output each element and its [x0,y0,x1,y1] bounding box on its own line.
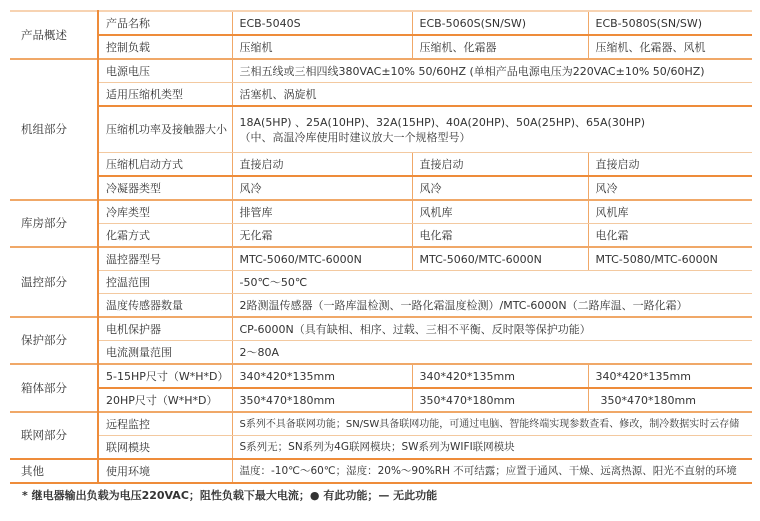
section-title-temp-control: 温控部分 [10,247,98,317]
cell-value: 2路测温传感器（一路库温检测、一路化霜温度检测）/MTC-6000N（二路库温、… [232,294,752,318]
cell-value: 电化霜 [412,224,588,248]
cell-value: S系列无；SN系列为4G联网模块；SW系列为WIFI联网模块 [232,436,752,460]
cell-value: 2～80A [232,341,752,365]
section-title-protection: 保护部分 [10,317,98,364]
footnote: * 继电器输出负载为电压220VAC；阻性负载下最大电流；● 有此功能；— 无此… [22,487,437,503]
table-row: 温度传感器数量 2路测温传感器（一路库温检测、一路化霜温度检测）/MTC-600… [10,294,752,318]
section-title-other: 其他 [10,459,98,483]
table-row: 20HP尺寸（W*H*D） 350*470*180mm 350*470*180m… [10,388,752,412]
table-row: 化霜方式 无化霜 电化霜 电化霜 [10,224,752,248]
cell-value: 排管库 [232,200,412,224]
row-label: 使用环境 [98,459,232,483]
row-label: 温度传感器数量 [98,294,232,318]
cell-value: 直接启动 [588,153,752,177]
table-row: 适用压缩机类型 活塞机、涡旋机 [10,83,752,107]
section-title-unit: 机组部分 [10,59,98,200]
cell-value: 电化霜 [588,224,752,248]
cell-value: 340*420*135mm [232,364,412,388]
cell-value: 直接启动 [232,153,412,177]
section-title-overview: 产品概述 [10,11,98,59]
cell-value-line2: （中、高温冷库使用时建议放大一个规格型号） [240,130,753,145]
cell-value: 无化霜 [232,224,412,248]
row-label: 远程监控 [98,412,232,436]
cell-value: ECB-5060S(SN/SW) [412,11,588,35]
table-row: 控制负载 压缩机 压缩机、化霜器 压缩机、化霜器、风机 [10,35,752,59]
cell-value: MTC-5060/MTC-6000N [412,247,588,271]
row-label: 20HP尺寸（W*H*D） [98,388,232,412]
row-label: 电源电压 [98,59,232,83]
table-row: 压缩机功率及接触器大小 18A(5HP) 、25A(10HP)、32A(15HP… [10,106,752,153]
cell-value: 340*420*135mm [588,364,752,388]
section-title-enclosure: 箱体部分 [10,364,98,412]
table-row: 电流测量范围 2～80A [10,341,752,365]
row-label: 温控器型号 [98,247,232,271]
table-row: 产品概述 产品名称 ECB-5040S ECB-5060S(SN/SW) ECB… [10,11,752,35]
table-row: 保护部分 电机保护器 CP-6000N（具有缺相、相序、过载、三相不平衡、反时限… [10,317,752,341]
cell-value: S系列不具备联网功能；SN/SW具备联网功能，可通过电脑、智能终端实现参数查看、… [232,412,752,436]
row-label: 控温范围 [98,271,232,294]
cell-value: -50℃～50℃ [232,271,752,294]
cell-value: 350*470*180mm [588,388,752,412]
cell-value: 三相五线或三相四线380VAC±10% 50/60HZ (单相产品电源电压为22… [232,59,752,83]
cell-value: 直接启动 [412,153,588,177]
table-row: 机组部分 电源电压 三相五线或三相四线380VAC±10% 50/60HZ (单… [10,59,752,83]
cell-value: 风机库 [412,200,588,224]
row-label: 化霜方式 [98,224,232,248]
cell-value: 风冷 [232,176,412,200]
row-label: 电机保护器 [98,317,232,341]
cell-value: ECB-5080S(SN/SW) [588,11,752,35]
cell-value-line1: 18A(5HP) 、25A(10HP)、32A(15HP)、40A(20HP)、… [240,115,753,130]
row-label: 压缩机启动方式 [98,153,232,177]
table-row: 其他 使用环境 温度：-10℃～60℃；湿度：20%～90%RH 不可结露；应置… [10,459,752,483]
row-label: 冷库类型 [98,200,232,224]
cell-value: 18A(5HP) 、25A(10HP)、32A(15HP)、40A(20HP)、… [232,106,752,153]
spec-table: 产品概述 产品名称 ECB-5040S ECB-5060S(SN/SW) ECB… [10,10,752,484]
section-title-storage: 库房部分 [10,200,98,247]
row-label: 5-15HP尺寸（W*H*D） [98,364,232,388]
table-row: 冷凝器类型 风冷 风冷 风冷 [10,176,752,200]
cell-value: ECB-5040S [232,11,412,35]
cell-value: MTC-5080/MTC-6000N [588,247,752,271]
cell-value: 风冷 [412,176,588,200]
cell-value: 340*420*135mm [412,364,588,388]
table-row: 温控部分 温控器型号 MTC-5060/MTC-6000N MTC-5060/M… [10,247,752,271]
cell-value: CP-6000N（具有缺相、相序、过载、三相不平衡、反时限等保护功能） [232,317,752,341]
table-row: 压缩机启动方式 直接启动 直接启动 直接启动 [10,153,752,177]
cell-value: 350*470*180mm [232,388,412,412]
row-label: 联网模块 [98,436,232,460]
table-row: 箱体部分 5-15HP尺寸（W*H*D） 340*420*135mm 340*4… [10,364,752,388]
row-label: 压缩机功率及接触器大小 [98,106,232,153]
cell-value: 压缩机、化霜器 [412,35,588,59]
row-label: 电流测量范围 [98,341,232,365]
cell-value: 风机库 [588,200,752,224]
cell-value: 风冷 [588,176,752,200]
table-row: 库房部分 冷库类型 排管库 风机库 风机库 [10,200,752,224]
cell-value: 350*470*180mm [412,388,588,412]
cell-value: 活塞机、涡旋机 [232,83,752,107]
section-title-network: 联网部分 [10,412,98,459]
cell-value: MTC-5060/MTC-6000N [232,247,412,271]
cell-value: 温度：-10℃～60℃；湿度：20%～90%RH 不可结露；应置于通风、干燥、远… [232,459,752,483]
cell-value: 压缩机 [232,35,412,59]
table-row: 控温范围 -50℃～50℃ [10,271,752,294]
row-label: 冷凝器类型 [98,176,232,200]
table-row: 联网部分 远程监控 S系列不具备联网功能；SN/SW具备联网功能，可通过电脑、智… [10,412,752,436]
row-label: 适用压缩机类型 [98,83,232,107]
row-label: 产品名称 [98,11,232,35]
cell-value: 压缩机、化霜器、风机 [588,35,752,59]
table-row: 联网模块 S系列无；SN系列为4G联网模块；SW系列为WIFI联网模块 [10,436,752,460]
row-label: 控制负载 [98,35,232,59]
